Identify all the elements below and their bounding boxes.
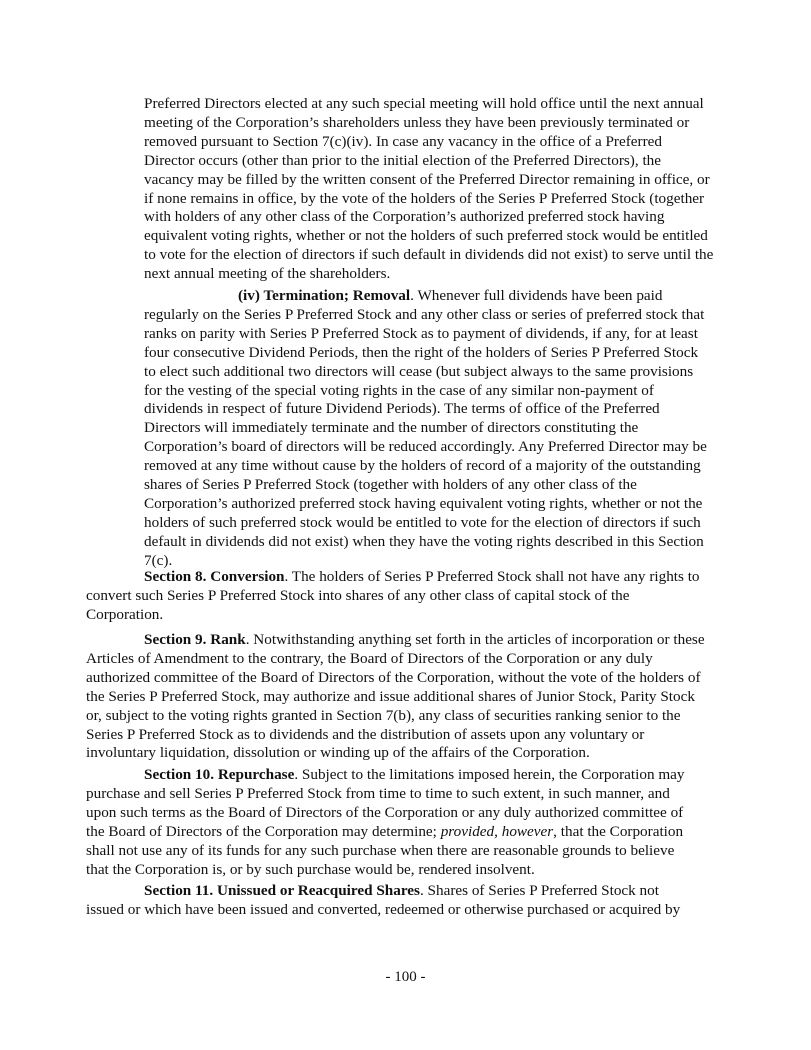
text-line: Section 9. Rank. Notwithstanding anythin… bbox=[86, 631, 705, 650]
text-line: default in dividends did not exist) when… bbox=[144, 533, 707, 552]
text-line: or, subject to the voting rights granted… bbox=[86, 707, 705, 726]
text-line: Corporation. bbox=[86, 606, 700, 625]
text-line: upon such terms as the Board of Director… bbox=[86, 804, 685, 823]
document-page: Preferred Directors elected at any such … bbox=[0, 0, 811, 1050]
section-heading: Section 9. Rank bbox=[144, 631, 246, 648]
text-line: purchase and sell Series P Preferred Sto… bbox=[86, 785, 685, 804]
text-line: vacancy may be filled by the written con… bbox=[144, 171, 713, 190]
text-line: next annual meeting of the shareholders. bbox=[144, 265, 713, 284]
text-run: . Whenever full dividends have been paid bbox=[410, 287, 662, 304]
text-line: the Series P Preferred Stock, may author… bbox=[86, 688, 705, 707]
text-line: Director occurs (other than prior to the… bbox=[144, 152, 713, 171]
text-line: with holders of any other class of the C… bbox=[144, 208, 713, 227]
text-run: . The holders of Series P Preferred Stoc… bbox=[284, 568, 699, 585]
text-line: issued or which have been issued and con… bbox=[86, 901, 680, 920]
section-heading: Section 8. Conversion bbox=[144, 568, 284, 585]
text-line: convert such Series P Preferred Stock in… bbox=[86, 587, 700, 606]
subsection-heading: (iv) Termination; Removal bbox=[238, 287, 410, 304]
text-run: . Notwithstanding anything set forth in … bbox=[246, 631, 705, 648]
text-line: Corporation’s authorized preferred stock… bbox=[144, 495, 707, 514]
text-run: , that the Corporation bbox=[553, 823, 683, 840]
paragraph-section-10: Section 10. Repurchase. Subject to the l… bbox=[86, 766, 685, 879]
paragraph-section-9: Section 9. Rank. Notwithstanding anythin… bbox=[86, 631, 705, 763]
text-run: the Board of Directors of the Corporatio… bbox=[86, 823, 441, 840]
paragraph-section-11: Section 11. Unissued or Reacquired Share… bbox=[86, 882, 680, 920]
text-line: Corporation’s board of directors will be… bbox=[144, 438, 707, 457]
text-line: to vote for the election of directors if… bbox=[144, 246, 713, 265]
text-run: . Subject to the limitations imposed her… bbox=[294, 766, 684, 783]
text-line: holders of such preferred stock would be… bbox=[144, 514, 707, 533]
text-line: Articles of Amendment to the contrary, t… bbox=[86, 650, 705, 669]
page-number: - 100 - bbox=[0, 968, 811, 987]
text-line: equivalent voting rights, whether or not… bbox=[144, 227, 713, 246]
text-line: shall not use any of its funds for any s… bbox=[86, 842, 685, 861]
text-run: . Shares of Series P Preferred Stock not bbox=[420, 882, 659, 899]
text-line: meeting of the Corporation’s shareholder… bbox=[144, 114, 713, 133]
paragraph-section-8: Section 8. Conversion. The holders of Se… bbox=[86, 568, 700, 625]
text-line: removed pursuant to Section 7(c)(iv). In… bbox=[144, 133, 713, 152]
text-line: Directors will immediately terminate and… bbox=[144, 419, 707, 438]
text-line: the Board of Directors of the Corporatio… bbox=[86, 823, 685, 842]
paragraph-continuation: Preferred Directors elected at any such … bbox=[144, 95, 713, 284]
section-heading: Section 11. Unissued or Reacquired Share… bbox=[144, 882, 420, 899]
text-line: authorized committee of the Board of Dir… bbox=[86, 669, 705, 688]
text-line: to elect such additional two directors w… bbox=[144, 363, 707, 382]
text-line: Series P Preferred Stock as to dividends… bbox=[86, 726, 705, 745]
text-line: Section 10. Repurchase. Subject to the l… bbox=[86, 766, 685, 785]
text-line: dividends in respect of future Dividend … bbox=[144, 400, 707, 419]
text-line: that the Corporation is, or by such purc… bbox=[86, 861, 685, 880]
text-line: Section 11. Unissued or Reacquired Share… bbox=[86, 882, 680, 901]
text-line: removed at any time without cause by the… bbox=[144, 457, 707, 476]
text-line: ranks on parity with Series P Preferred … bbox=[144, 325, 707, 344]
text-line: four consecutive Dividend Periods, then … bbox=[144, 344, 707, 363]
paragraph-termination-removal: (iv) Termination; Removal. Whenever full… bbox=[144, 287, 707, 571]
text-line: Section 8. Conversion. The holders of Se… bbox=[86, 568, 700, 587]
text-line: if none remains in office, by the vote o… bbox=[144, 190, 713, 209]
section-heading: Section 10. Repurchase bbox=[144, 766, 294, 783]
text-line: (iv) Termination; Removal. Whenever full… bbox=[144, 287, 707, 306]
text-line: for the vesting of the special voting ri… bbox=[144, 382, 707, 401]
text-line: involuntary liquidation, dissolution or … bbox=[86, 744, 705, 763]
text-line: Preferred Directors elected at any such … bbox=[144, 95, 713, 114]
text-line: regularly on the Series P Preferred Stoc… bbox=[144, 306, 707, 325]
italic-term: provided, however bbox=[441, 823, 553, 840]
text-line: shares of Series P Preferred Stock (toge… bbox=[144, 476, 707, 495]
